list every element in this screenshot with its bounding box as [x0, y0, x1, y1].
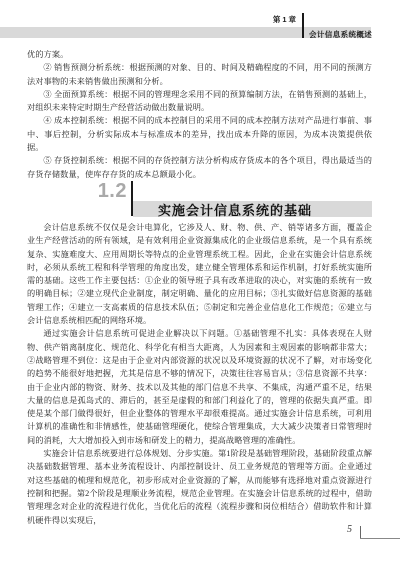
- header-chapter-label: 第1章: [0, 14, 298, 25]
- section-number: 1.2: [0, 180, 127, 203]
- footer-tick-line: [360, 526, 361, 538]
- footer-rule: [360, 538, 400, 539]
- body-paragraph: 会计信息系统不仅仅是会计电算化，它涉及人、财、物、供、产、销等诸多方面，覆盖企业…: [27, 221, 372, 327]
- header-divider-line: [302, 13, 304, 38]
- body-paragraph: 通过实施会计信息系统可促进企业解决以下问题。①基础管理不扎实：具体表现在人财物、…: [27, 327, 372, 447]
- intro-paragraph: ③ 全面预算系统：根据不同的管理理念采用不同的预算编制方法，在销售预测的基础上，…: [27, 88, 372, 115]
- intro-paragraph: 优的方案。: [27, 48, 372, 61]
- book-page: 第1章 会计信息系统概述 优的方案。 ② 销售预测分析系统：根据预测的对象、目的…: [0, 0, 400, 562]
- intro-paragraph: ⑤ 存货控制系统：根据不同的存货控制方法分析构成存货成本的各个项目，得出最适当的…: [27, 154, 372, 181]
- body-text-block: 会计信息系统不仅仅是会计电算化，它涉及人、财、物、供、产、销等诸多方面，覆盖企业…: [27, 221, 372, 527]
- section-title: 实施会计信息系统的基础: [158, 200, 312, 219]
- intro-text-block: 优的方案。 ② 销售预测分析系统：根据预测的对象、目的、时间及精确程度的不同，用…: [27, 48, 372, 181]
- intro-paragraph: ② 销售预测分析系统：根据预测的对象、目的、时间及精确程度的不同，用不同的预测方…: [27, 61, 372, 88]
- body-paragraph: 实施会计信息系统要进行总体规划、分步实施。第1阶段是基础管理阶段，基础阶段重点解…: [27, 447, 372, 527]
- page-number: 5: [347, 524, 352, 535]
- intro-paragraph: ④ 成本控制系统：根据不同的成本控制目的采用不同的成本控制方法对产品进行事前、事…: [27, 114, 372, 154]
- header-chapter-title: 会计信息系统概述: [309, 29, 372, 40]
